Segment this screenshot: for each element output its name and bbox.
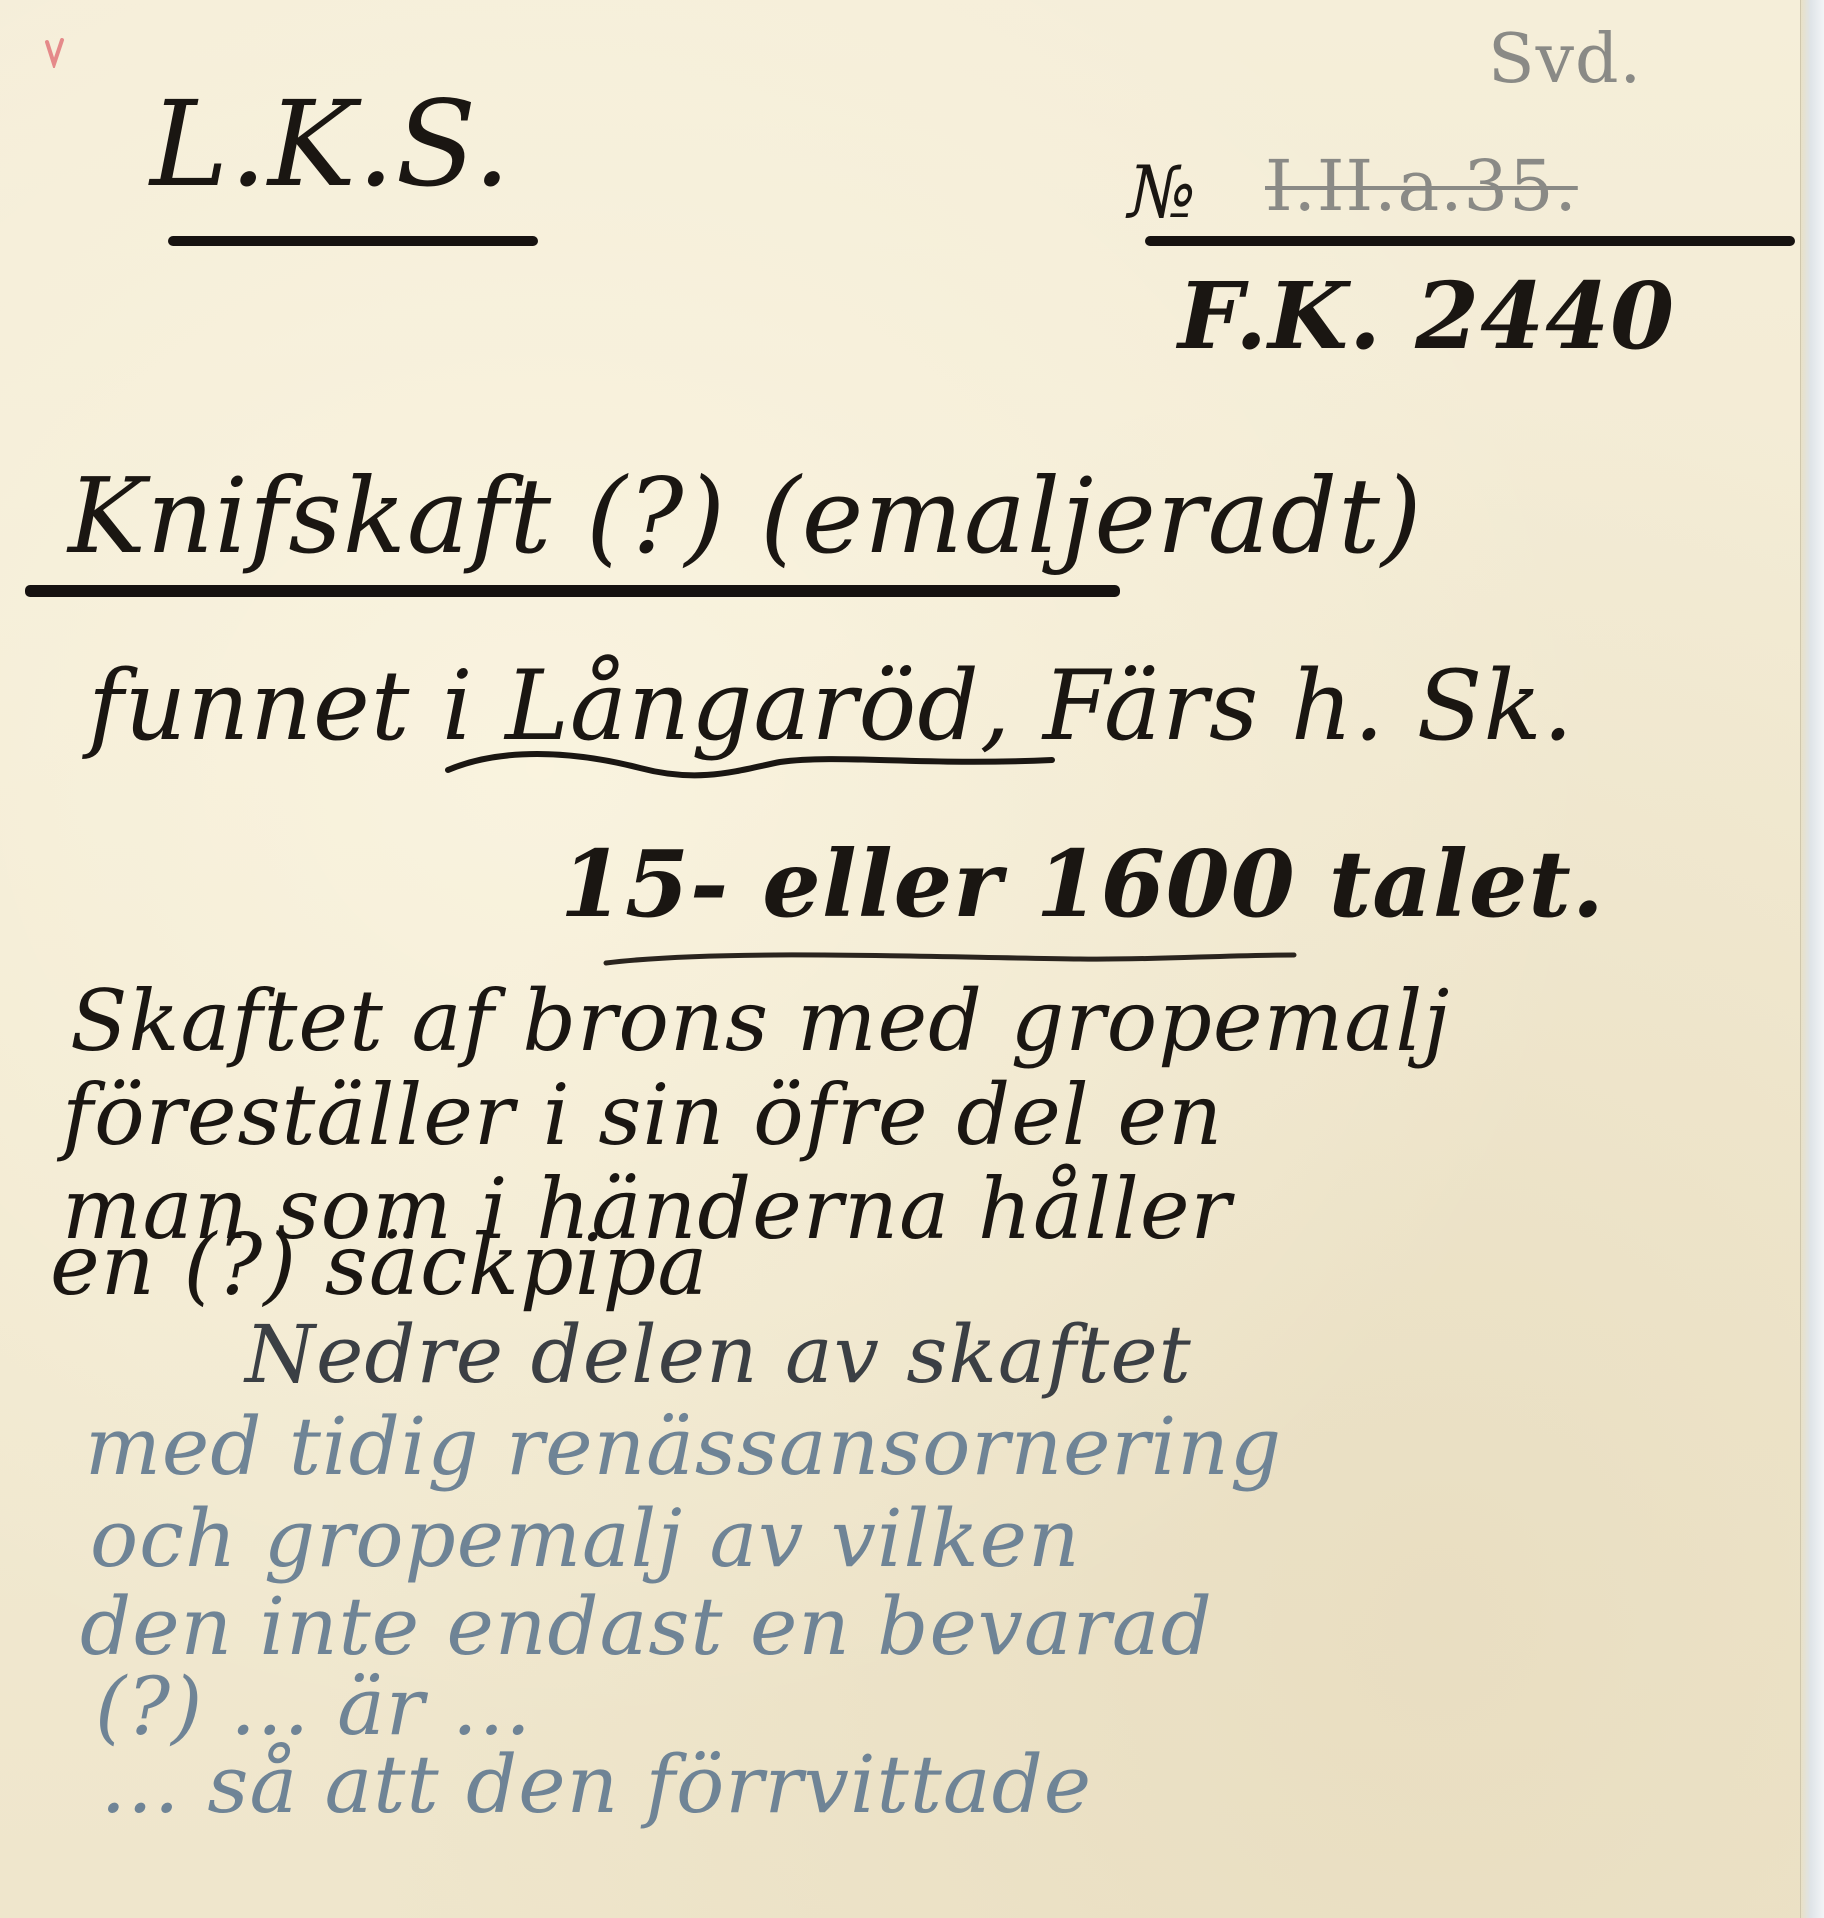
object-title: Knifskaft (?) (emaljeradt) xyxy=(68,455,1423,577)
dating-underline xyxy=(600,945,1300,975)
description-pencil-line-2: med tidig renässansornering xyxy=(85,1400,1282,1493)
catalogue-number: F.K. 2440 xyxy=(1178,262,1675,370)
description-pencil-line-3: och gropemalj av vilken xyxy=(90,1492,1081,1585)
paper-right-edge xyxy=(1800,0,1824,1918)
dating: 15- eller 1600 talet. xyxy=(560,830,1605,938)
object-title-underline xyxy=(25,585,1120,597)
description-ink-line-1: Skaftet af brons med gropemalj xyxy=(70,972,1450,1070)
description-pencil-line-6: … så att den förrvittade xyxy=(100,1738,1092,1831)
document-page: L.K.S. Svd. № I.II.a.35. F.K. 2440 Knifs… xyxy=(0,0,1800,1918)
find-place-flourish xyxy=(440,740,1060,800)
number-underline xyxy=(1145,236,1795,246)
collection-mark: L.K.S. xyxy=(150,75,512,213)
description-ink-line-2: föreställer i sin öfre del en xyxy=(62,1066,1223,1164)
collection-mark-underline xyxy=(168,236,538,246)
description-ink-line-4: en (?) säckpipa xyxy=(50,1216,708,1314)
red-tick-mark-icon xyxy=(44,38,66,68)
pencil-note-top-right: Svd. xyxy=(1488,20,1642,99)
description-pencil-line-1: Nedre delen av skaftet xyxy=(245,1308,1192,1401)
number-label: № xyxy=(1128,150,1197,234)
old-number-struck: I.II.a.35. xyxy=(1265,145,1578,227)
